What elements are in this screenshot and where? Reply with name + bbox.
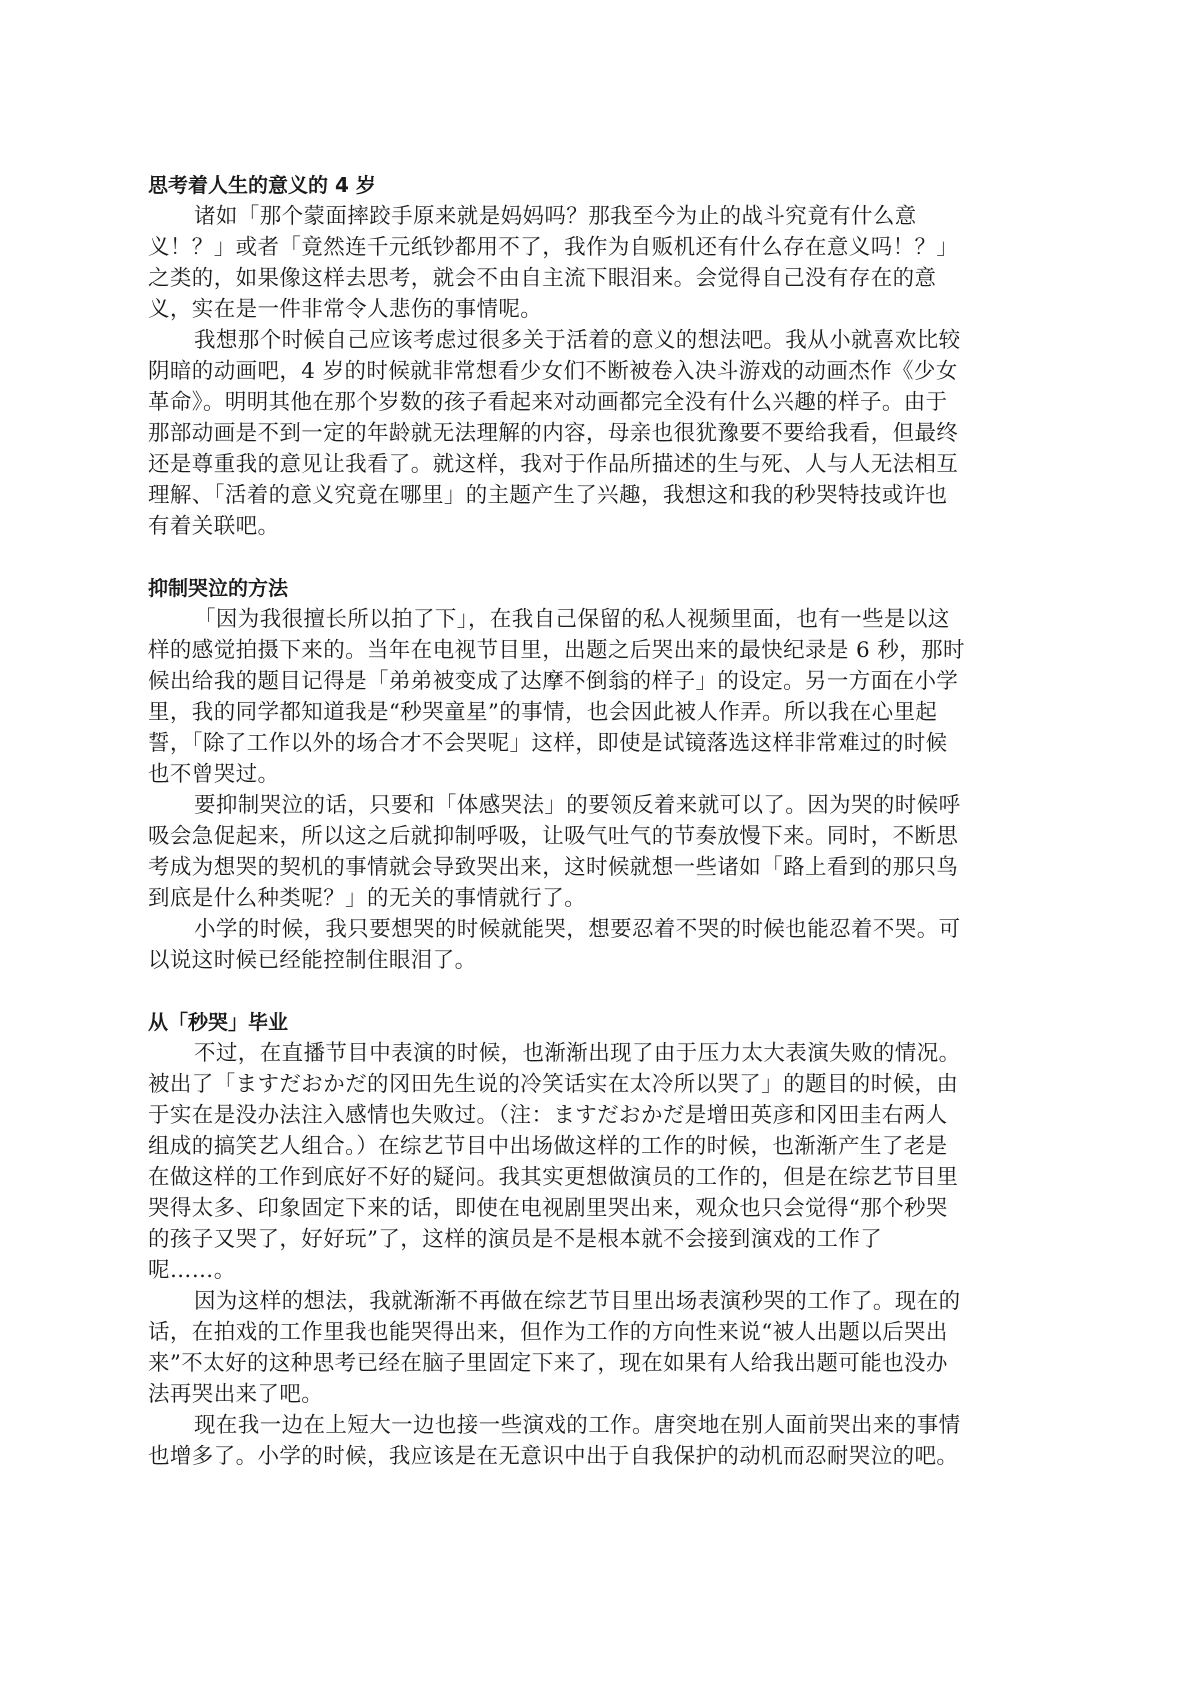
text-line: 到底是什么种类呢？」的无关的事情就行了。 [148, 883, 1078, 914]
text-line: 考成为想哭的契机的事情就会导致哭出来，这时候就想一些诸如「路上看到的那只鸟 [148, 852, 1078, 883]
document-page: 思考着人生的意义的 4 岁 诸如「那个蒙面摔跤手原来就是妈妈吗？那我至今为止的战… [148, 170, 1078, 1472]
text-line: 义！？」或者「竟然连千元纸钞都用不了，我作为自贩机还有什么存在意义吗！？」 [148, 232, 1078, 263]
text-line: 那部动画是不到一定的年龄就无法理解的内容，母亲也很犹豫要不要给我看，但最终 [148, 418, 1078, 449]
section-suppress-crying: 抑制哭泣的方法 「因为我很擅长所以拍了下」，在我自己保留的私人视频里面，也有一些… [148, 573, 1078, 976]
text-line: 以说这时候已经能控制住眼泪了。 [148, 945, 1078, 976]
text-line: 要抑制哭泣的话，只要和「体感哭法」的要领反着来就可以了。因为哭的时候呼 [148, 790, 1078, 821]
text-line: 话，在拍戏的工作里我也能哭得出来，但作为工作的方向性来说“被人出题以后哭出 [148, 1317, 1078, 1348]
text-line: 组成的搞笑艺人组合。）在综艺节目中出场做这样的工作的时候，也渐渐产生了老是 [148, 1131, 1078, 1162]
section-heading: 抑制哭泣的方法 [148, 573, 1078, 604]
text-line: 诸如「那个蒙面摔跤手原来就是妈妈吗？那我至今为止的战斗究竟有什么意 [148, 201, 1078, 232]
text-line: 革命》。明明其他在那个岁数的孩子看起来对动画都完全没有什么兴趣的样子。由于 [148, 387, 1078, 418]
text-line: 阴暗的动画吧，4 岁的时候就非常想看少女们不断被卷入决斗游戏的动画杰作《少女 [148, 356, 1078, 387]
text-line: 「因为我很擅长所以拍了下」，在我自己保留的私人视频里面，也有一些是以这 [148, 604, 1078, 635]
text-line: 之类的，如果像这样去思考，就会不由自主流下眼泪来。会觉得自己没有存在的意 [148, 263, 1078, 294]
text-line: 呢……。 [148, 1255, 1078, 1286]
text-line: 义，实在是一件非常令人悲伤的事情呢。 [148, 294, 1078, 325]
paragraph: 「因为我很擅长所以拍了下」，在我自己保留的私人视频里面，也有一些是以这 样的感觉… [148, 604, 1078, 790]
text-line: 在做这样的工作到底好不好的疑问。我其实更想做演员的工作的，但是在综艺节目里 [148, 1162, 1078, 1193]
text-line: 的孩子又哭了，好好玩”了，这样的演员是不是根本就不会接到演戏的工作了 [148, 1224, 1078, 1255]
text-line: 来”不太好的这种思考已经在脑子里固定下来了，现在如果有人给我出题可能也没办 [148, 1348, 1078, 1379]
text-line: 不过，在直播节目中表演的时候，也渐渐出现了由于压力太大表演失败的情况。 [148, 1038, 1078, 1069]
text-line: 法再哭出来了吧。 [148, 1379, 1078, 1410]
text-line: 样的感觉拍摄下来的。当年在电视节目里，出题之后哭出来的最快纪录是 6 秒，那时 [148, 635, 1078, 666]
text-line: 哭得太多、印象固定下来的话，即使在电视剧里哭出来，观众也只会觉得“那个秒哭 [148, 1193, 1078, 1224]
paragraph: 诸如「那个蒙面摔跤手原来就是妈妈吗？那我至今为止的战斗究竟有什么意 义！？」或者… [148, 201, 1078, 325]
section-heading: 从「秒哭」毕业 [148, 1007, 1078, 1038]
paragraph: 要抑制哭泣的话，只要和「体感哭法」的要领反着来就可以了。因为哭的时候呼 吸会急促… [148, 790, 1078, 914]
text-line: 誓，「除了工作以外的场合才不会哭呢」这样，即使是试镜落选这样非常难过的时候 [148, 728, 1078, 759]
text-line: 里，我的同学都知道我是“秒哭童星”的事情，也会因此被人作弄。所以我在心里起 [148, 697, 1078, 728]
section-heading: 思考着人生的意义的 4 岁 [148, 170, 1078, 201]
text-line: 被出了「ますだおかだ的冈田先生说的冷笑话实在太冷所以哭了」的题目的时候，由 [148, 1069, 1078, 1100]
text-line: 有着关联吧。 [148, 511, 1078, 542]
text-line: 也增多了。小学的时候，我应该是在无意识中出于自我保护的动机而忍耐哭泣的吧。 [148, 1441, 1078, 1472]
text-line: 现在我一边在上短大一边也接一些演戏的工作。唐突地在别人面前哭出来的事情 [148, 1410, 1078, 1441]
paragraph: 小学的时候，我只要想哭的时候就能哭，想要忍着不哭的时候也能忍着不哭。可 以说这时… [148, 914, 1078, 976]
text-line: 也不曾哭过。 [148, 759, 1078, 790]
text-line: 我想那个时候自己应该考虑过很多关于活着的意义的想法吧。我从小就喜欢比较 [148, 325, 1078, 356]
text-line: 吸会急促起来，所以这之后就抑制呼吸，让吸气吐气的节奏放慢下来。同时，不断思 [148, 821, 1078, 852]
text-line: 候出给我的题目记得是「弟弟被变成了达摩不倒翁的样子」的设定。另一方面在小学 [148, 666, 1078, 697]
text-line: 因为这样的想法，我就渐渐不再做在综艺节目里出场表演秒哭的工作了。现在的 [148, 1286, 1078, 1317]
section-meaning-of-life: 思考着人生的意义的 4 岁 诸如「那个蒙面摔跤手原来就是妈妈吗？那我至今为止的战… [148, 170, 1078, 542]
text-line: 还是尊重我的意见让我看了。就这样，我对于作品所描述的生与死、人与人无法相互 [148, 449, 1078, 480]
text-line: 于实在是没办法注入感情也失败过。（注：ますだおかだ是增田英彦和冈田圭右两人 [148, 1100, 1078, 1131]
paragraph: 不过，在直播节目中表演的时候，也渐渐出现了由于压力太大表演失败的情况。 被出了「… [148, 1038, 1078, 1286]
paragraph: 因为这样的想法，我就渐渐不再做在综艺节目里出场表演秒哭的工作了。现在的 话，在拍… [148, 1286, 1078, 1410]
paragraph: 我想那个时候自己应该考虑过很多关于活着的意义的想法吧。我从小就喜欢比较 阴暗的动… [148, 325, 1078, 542]
paragraph: 现在我一边在上短大一边也接一些演戏的工作。唐突地在别人面前哭出来的事情 也增多了… [148, 1410, 1078, 1472]
text-line: 理解、「活着的意义究竟在哪里」的主题产生了兴趣，我想这和我的秒哭特技或许也 [148, 480, 1078, 511]
section-graduate-instant-crying: 从「秒哭」毕业 不过，在直播节目中表演的时候，也渐渐出现了由于压力太大表演失败的… [148, 1007, 1078, 1472]
text-line: 小学的时候，我只要想哭的时候就能哭，想要忍着不哭的时候也能忍着不哭。可 [148, 914, 1078, 945]
